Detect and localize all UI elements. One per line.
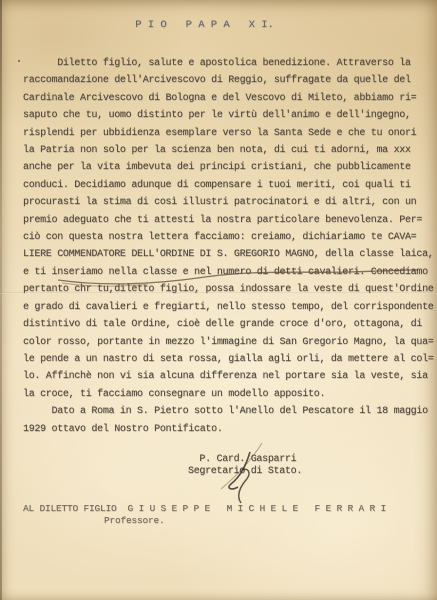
- letter-line: Diletto figlio, salute e apostolica bene…: [23, 55, 433, 72]
- letter-line: ciò con questa nostra lettera facciamo: …: [23, 229, 433, 246]
- letter-title: P I O P A P A X I.: [0, 19, 437, 31]
- letter-line: risplendi per ubbidienza esemplare verso…: [23, 125, 433, 142]
- letter-body: Diletto figlio, salute e apostolica bene…: [23, 55, 433, 438]
- letter-line: la croce, ti facciamo consegnare un mode…: [23, 386, 433, 403]
- letter-line: premio adeguato che ti attesti la nostra…: [23, 212, 433, 229]
- document-page: P I O P A P A X I. Diletto figlio, salut…: [0, 0, 437, 600]
- ink-dot: [18, 60, 20, 62]
- letter-line: color rosso, portante in mezzo l'immagin…: [23, 334, 433, 351]
- letter-line: anche per la vita imbevuta dei principi …: [23, 159, 433, 176]
- letter-line: lo. Affinchè non vi sia alcuna differenz…: [23, 368, 433, 385]
- signature-block: P. Card. Gasparri Segretario di Stato.: [188, 454, 302, 477]
- letter-line: Cardinale Arcivescovo di Bologna e del V…: [23, 90, 433, 107]
- signature-role: Segretario di Stato.: [188, 466, 302, 478]
- letter-line: procurasti la stima di così illustri pat…: [23, 194, 433, 211]
- paper-crease: [0, 292, 437, 294]
- letter-line: e ti inseriamo nella classe e nel numero…: [23, 264, 433, 281]
- letter-line: conduci. Decidiamo adunque di compensare…: [23, 177, 433, 194]
- letter-line: le pende a un nastro di seta rossa, gial…: [23, 351, 433, 368]
- address-recipient: AL DILETTO FIGLIO G I U S E P P E M I C …: [23, 503, 386, 515]
- letter-line: saputo che tu, uomo distinto per le virt…: [23, 107, 433, 124]
- letter-line: la Patria non solo per la scienza ben no…: [23, 142, 433, 159]
- letter-line: e grado di cavalieri e fregiarti, nello …: [23, 299, 433, 316]
- letter-line: Dato a Roma in S. Pietro sotto l'Anello …: [23, 403, 433, 420]
- address-block: AL DILETTO FIGLIO G I U S E P P E M I C …: [23, 503, 386, 526]
- address-title: Professore.: [104, 515, 386, 527]
- letter-line: pertanto chr tu,diletto figlio, possa in…: [23, 281, 433, 298]
- signature-name: P. Card. Gasparri: [188, 454, 302, 466]
- letter-line: 1929 ottavo del Nostro Pontificato.: [23, 421, 433, 438]
- letter-line: LIERE COMMENDATORE DELL'ORDINE DI S. GRE…: [23, 246, 433, 263]
- letter-line: distintivo di tale Ordine, cioè delle gr…: [23, 316, 433, 333]
- letter-line: raccomandazione dell'Arcivescovo di Regg…: [23, 72, 433, 89]
